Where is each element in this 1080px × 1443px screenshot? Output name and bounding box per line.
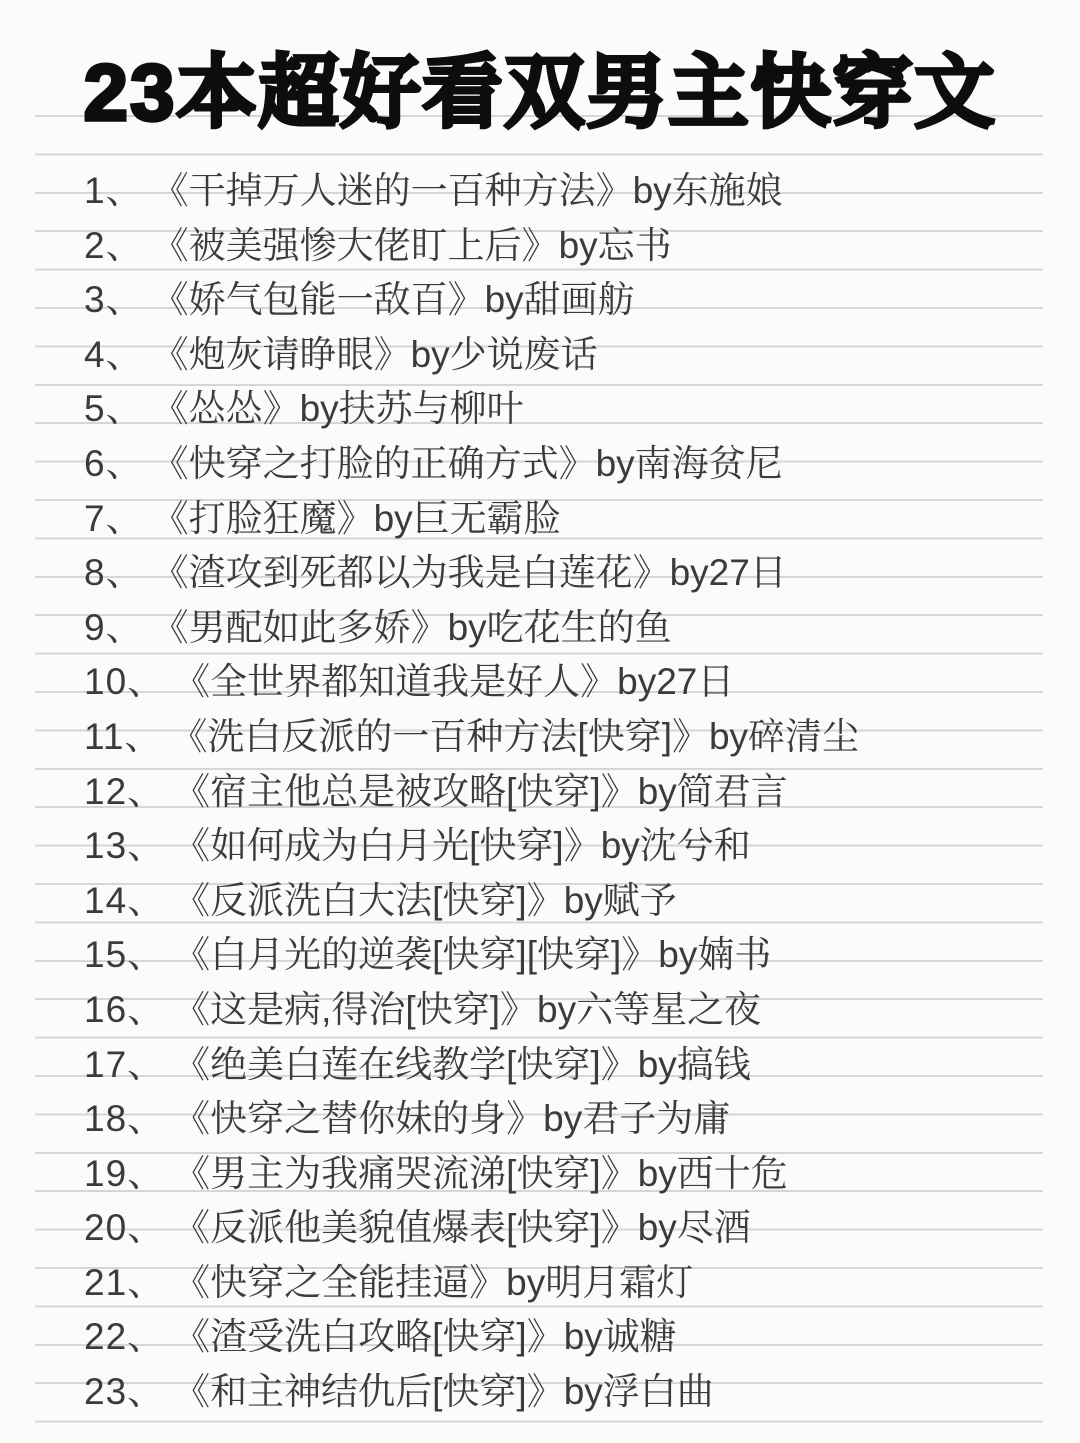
book-row: 19、 《男主为我痛哭流涕[快穿]》by西十危 <box>84 1147 1050 1202</box>
book-author: by27日 <box>670 546 787 601</box>
book-title-text: 《干掉万人迷的一百种方法》 <box>152 164 633 219</box>
book-author: by六等星之夜 <box>537 983 761 1038</box>
book-author: by东施娘 <box>633 164 783 219</box>
book-title-text: 《这是病,得治[快穿]》 <box>173 983 537 1038</box>
book-title-text: 《快穿之全能挂逼》 <box>173 1256 506 1311</box>
book-row: 21、 《快穿之全能挂逼》by明月霜灯 <box>84 1256 1050 1311</box>
book-number: 4、 <box>84 328 144 383</box>
book-number: 10、 <box>84 655 165 710</box>
book-text: 《炮灰请睁眼》by少说废话 <box>152 328 598 383</box>
book-text: 《反派他美貌值爆表[快穿]》by尽酒 <box>173 1201 751 1256</box>
page: { "page": { "title": "23本超好看双男主快穿文" }, "… <box>0 0 1080 1443</box>
book-row: 18、 《快穿之替你妹的身》by君子为庸 <box>84 1092 1050 1147</box>
book-number: 19、 <box>84 1147 165 1202</box>
book-number: 16、 <box>84 983 165 1038</box>
book-title-text: 《和主神结仇后[快穿]》 <box>173 1365 564 1420</box>
book-text: 《宿主他总是被攻略[快穿]》by简君言 <box>173 765 788 820</box>
book-row: 5、 《怂怂》by扶苏与柳叶 <box>84 382 1050 437</box>
book-text: 《全世界都知道我是好人》by27日 <box>173 655 734 710</box>
book-row: 3、 《娇气包能一敌百》by甜画舫 <box>84 273 1050 328</box>
notebook-page: 23本超好看双男主快穿文 1、 《干掉万人迷的一百种方法》by东施娘 2、 《被… <box>0 0 1080 1443</box>
book-title-text: 《男主为我痛哭流涕[快穿]》 <box>173 1147 638 1202</box>
book-row: 22、 《渣受洗白攻略[快穿]》by诚糖 <box>84 1310 1050 1365</box>
book-author: by碎清尘 <box>709 710 859 765</box>
book-number: 18、 <box>84 1092 165 1147</box>
book-author: by婻书 <box>658 928 771 983</box>
book-author: by君子为庸 <box>543 1092 730 1147</box>
book-text: 《男配如此多娇》by吃花生的鱼 <box>152 601 672 656</box>
book-author: by扶苏与柳叶 <box>300 382 524 437</box>
book-title-text: 《全世界都知道我是好人》 <box>173 655 617 710</box>
book-row: 13、 《如何成为白月光[快穿]》by沈兮和 <box>84 819 1050 874</box>
book-text: 《怂怂》by扶苏与柳叶 <box>152 382 524 437</box>
page-title: 23本超好看双男主快穿文 <box>0 46 1080 140</box>
book-title-text: 《如何成为白月光[快穿]》 <box>173 819 601 874</box>
book-number: 11、 <box>84 710 162 765</box>
book-row: 12、 《宿主他总是被攻略[快穿]》by简君言 <box>84 765 1050 820</box>
book-number: 6、 <box>84 437 144 492</box>
book-text: 《娇气包能一敌百》by甜画舫 <box>152 273 635 328</box>
book-row: 7、 《打脸狂魔》by巨无霸脸 <box>84 492 1050 547</box>
book-title-text: 《渣受洗白攻略[快穿]》 <box>173 1310 564 1365</box>
book-text: 《渣攻到死都以为我是白莲花》by27日 <box>152 546 787 601</box>
book-row: 15、 《白月光的逆袭[快穿][快穿]》by婻书 <box>84 928 1050 983</box>
book-author: by西十危 <box>638 1147 788 1202</box>
book-list: 1、 《干掉万人迷的一百种方法》by东施娘 2、 《被美强惨大佬盯上后》by忘书… <box>84 164 1050 1420</box>
book-text: 《打脸狂魔》by巨无霸脸 <box>152 492 561 547</box>
book-text: 《快穿之替你妹的身》by君子为庸 <box>173 1092 730 1147</box>
book-number: 9、 <box>84 601 144 656</box>
book-row: 6、 《快穿之打脸的正确方式》by南海贫尼 <box>84 437 1050 492</box>
book-author: by巨无霸脸 <box>374 492 561 547</box>
book-author: by沈兮和 <box>601 819 751 874</box>
book-row: 2、 《被美强惨大佬盯上后》by忘书 <box>84 219 1050 274</box>
book-title-text: 《炮灰请睁眼》 <box>152 328 411 383</box>
book-title-text: 《打脸狂魔》 <box>152 492 374 547</box>
book-title-text: 《怂怂》 <box>152 382 300 437</box>
book-author: by浮白曲 <box>564 1365 714 1420</box>
book-row: 11、 《洗白反派的一百种方法[快穿]》by碎清尘 <box>84 710 1050 765</box>
book-number: 14、 <box>84 874 165 929</box>
book-number: 12、 <box>84 765 165 820</box>
book-number: 22、 <box>84 1310 165 1365</box>
book-author: by明月霜灯 <box>506 1256 693 1311</box>
book-title-text: 《快穿之打脸的正确方式》 <box>152 437 596 492</box>
book-row: 4、 《炮灰请睁眼》by少说废话 <box>84 328 1050 383</box>
book-author: by吃花生的鱼 <box>448 601 672 656</box>
book-text: 《被美强惨大佬盯上后》by忘书 <box>152 219 672 274</box>
book-author: by尽酒 <box>638 1201 751 1256</box>
book-author: by少说废话 <box>411 328 598 383</box>
book-title-text: 《宿主他总是被攻略[快穿]》 <box>173 765 638 820</box>
book-author: by忘书 <box>559 219 672 274</box>
book-number: 1、 <box>84 164 144 219</box>
book-title-text: 《白月光的逆袭[快穿][快穿]》 <box>173 928 658 983</box>
book-number: 20、 <box>84 1201 165 1256</box>
book-text: 《快穿之打脸的正确方式》by南海贫尼 <box>152 437 783 492</box>
book-text: 《绝美白莲在线教学[快穿]》by搞钱 <box>173 1038 751 1093</box>
book-text: 《如何成为白月光[快穿]》by沈兮和 <box>173 819 751 874</box>
book-text: 《反派洗白大法[快穿]》by赋予 <box>173 874 677 929</box>
book-text: 《渣受洗白攻略[快穿]》by诚糖 <box>173 1310 677 1365</box>
book-text: 《白月光的逆袭[快穿][快穿]》by婻书 <box>173 928 771 983</box>
book-title-text: 《渣攻到死都以为我是白莲花》 <box>152 546 670 601</box>
book-number: 15、 <box>84 928 165 983</box>
book-row: 10、 《全世界都知道我是好人》by27日 <box>84 655 1050 710</box>
book-title-text: 《被美强惨大佬盯上后》 <box>152 219 559 274</box>
book-title-text: 《绝美白莲在线教学[快穿]》 <box>173 1038 638 1093</box>
book-title-text: 《娇气包能一敌百》 <box>152 273 485 328</box>
book-number: 7、 <box>84 492 144 547</box>
book-row: 23、 《和主神结仇后[快穿]》by浮白曲 <box>84 1365 1050 1420</box>
book-text: 《洗白反派的一百种方法[快穿]》by碎清尘 <box>170 710 859 765</box>
book-row: 16、 《这是病,得治[快穿]》by六等星之夜 <box>84 983 1050 1038</box>
book-text: 《男主为我痛哭流涕[快穿]》by西十危 <box>173 1147 788 1202</box>
book-author: by诚糖 <box>564 1310 677 1365</box>
book-number: 17、 <box>84 1038 165 1093</box>
book-row: 14、 《反派洗白大法[快穿]》by赋予 <box>84 874 1050 929</box>
book-number: 5、 <box>84 382 144 437</box>
book-author: by南海贫尼 <box>596 437 783 492</box>
book-number: 2、 <box>84 219 144 274</box>
book-number: 13、 <box>84 819 165 874</box>
book-row: 20、 《反派他美貌值爆表[快穿]》by尽酒 <box>84 1201 1050 1256</box>
book-number: 21、 <box>84 1256 165 1311</box>
book-title-text: 《快穿之替你妹的身》 <box>173 1092 543 1147</box>
book-author: by27日 <box>617 655 734 710</box>
book-author: by简君言 <box>638 765 788 820</box>
book-text: 《干掉万人迷的一百种方法》by东施娘 <box>152 164 783 219</box>
book-text: 《快穿之全能挂逼》by明月霜灯 <box>173 1256 693 1311</box>
book-text: 《这是病,得治[快穿]》by六等星之夜 <box>173 983 761 1038</box>
book-title-text: 《洗白反派的一百种方法[快穿]》 <box>170 710 709 765</box>
book-number: 8、 <box>84 546 144 601</box>
book-row: 17、 《绝美白莲在线教学[快穿]》by搞钱 <box>84 1038 1050 1093</box>
book-title-text: 《反派他美貌值爆表[快穿]》 <box>173 1201 638 1256</box>
book-title-text: 《男配如此多娇》 <box>152 601 448 656</box>
book-title-text: 《反派洗白大法[快穿]》 <box>173 874 564 929</box>
book-author: by赋予 <box>564 874 677 929</box>
book-row: 9、 《男配如此多娇》by吃花生的鱼 <box>84 601 1050 656</box>
book-row: 8、 《渣攻到死都以为我是白莲花》by27日 <box>84 546 1050 601</box>
book-number: 23、 <box>84 1365 165 1420</box>
book-row: 1、 《干掉万人迷的一百种方法》by东施娘 <box>84 164 1050 219</box>
book-author: by搞钱 <box>638 1038 751 1093</box>
book-number: 3、 <box>84 273 144 328</box>
book-author: by甜画舫 <box>485 273 635 328</box>
book-text: 《和主神结仇后[快穿]》by浮白曲 <box>173 1365 714 1420</box>
